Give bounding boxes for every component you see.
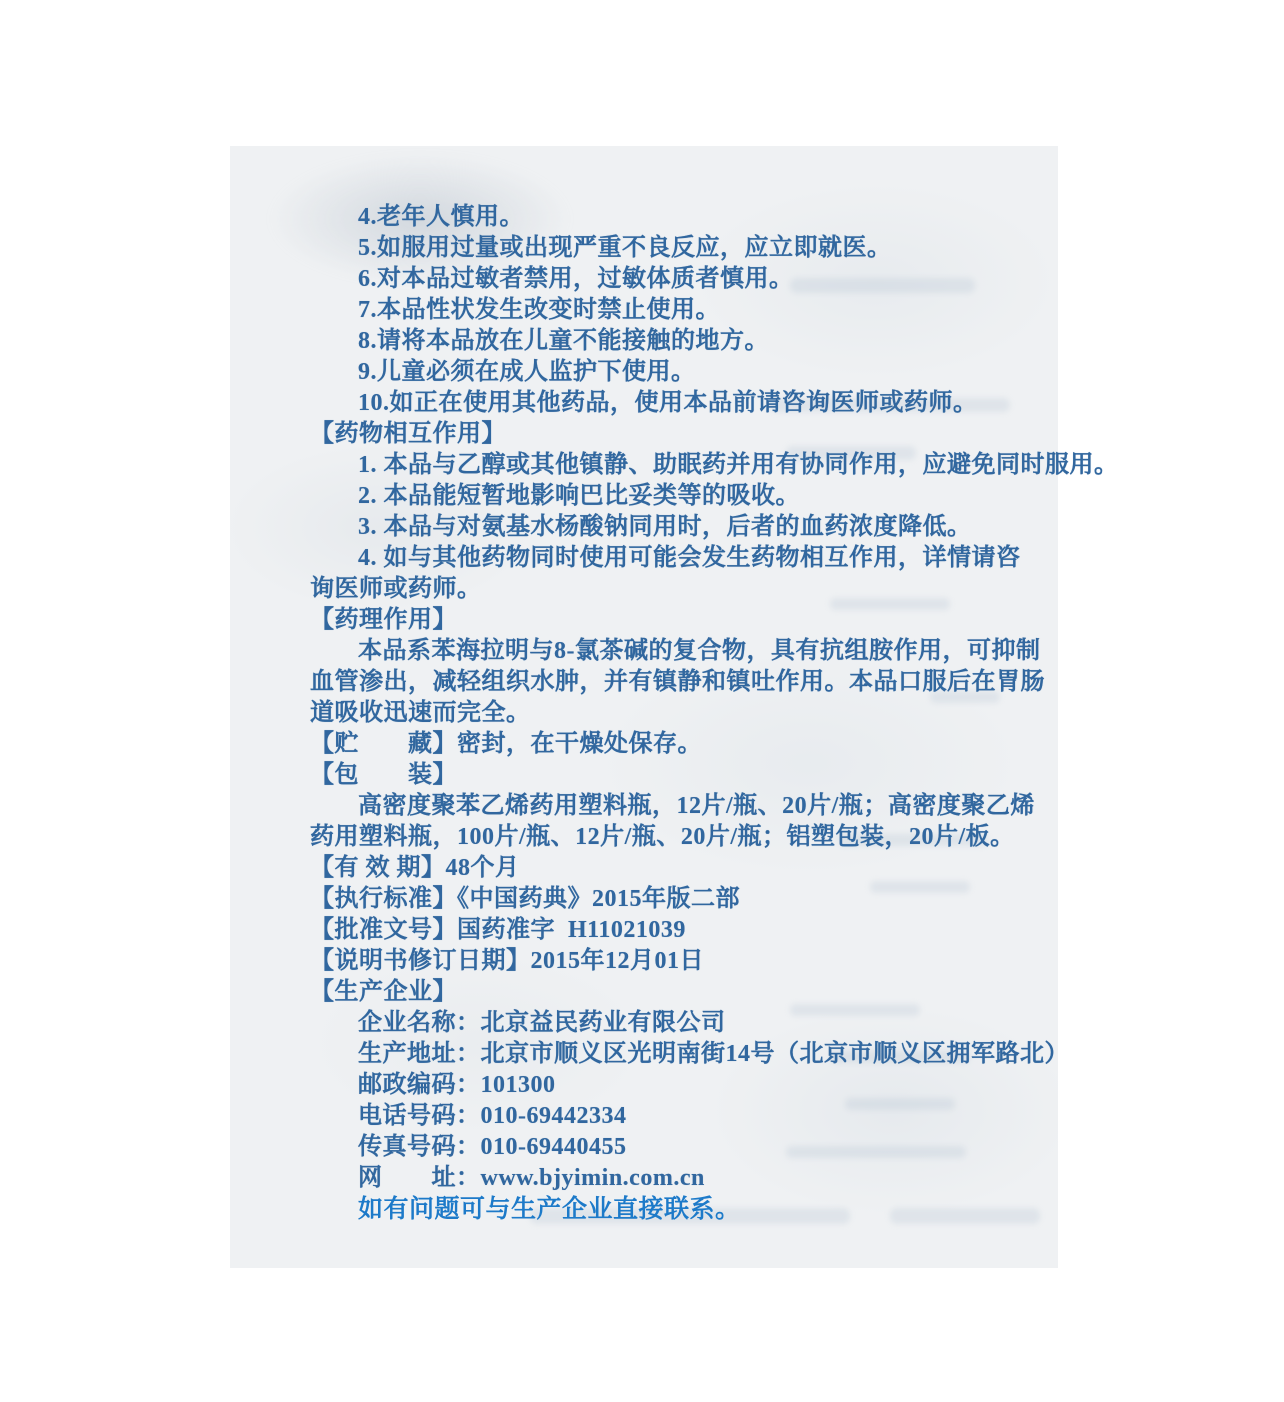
contact-note: 如有问题可与生产企业直接联系。 <box>310 1194 1050 1225</box>
manufacturer-heading: 【生产企业】 <box>310 977 1050 1008</box>
packaging-text: 高密度聚苯乙烯药用塑料瓶，12片/瓶、20片/瓶；高密度聚乙烯 <box>310 791 1050 822</box>
drug-interaction-item: 4. 如与其他药物同时使用可能会发生药物相互作用，详情请咨 <box>310 543 1050 574</box>
revision-date-line: 【说明书修订日期】2015年12月01日 <box>310 946 1050 977</box>
precaution-item: 10.如正在使用其他药品，使用本品前请咨询医师或药师。 <box>310 388 1050 419</box>
manufacturer-info-row: 传真号码：010-69440455 <box>310 1132 1050 1163</box>
precaution-item: 7.本品性状发生改变时禁止使用。 <box>310 295 1050 326</box>
manufacturer-website-row: 网 址：www.bjyimin.com.cn <box>310 1163 1050 1194</box>
drug-interaction-item-wrap: 询医师或药师。 <box>310 574 1050 605</box>
precaution-item: 9.儿童必须在成人监护下使用。 <box>310 357 1050 388</box>
leaflet-paper: 4.老年人慎用。 5.如服用过量或出现严重不良反应，应立即就医。 6.对本品过敏… <box>230 146 1058 1268</box>
precaution-item: 6.对本品过敏者禁用，过敏体质者慎用。 <box>310 264 1050 295</box>
manufacturer-info-row: 生产地址：北京市顺义区光明南街14号（北京市顺义区拥军路北） <box>310 1039 1050 1070</box>
precaution-item: 4.老年人慎用。 <box>310 202 1050 233</box>
leaflet-text-column: 4.老年人慎用。 5.如服用过量或出现严重不良反应，应立即就医。 6.对本品过敏… <box>310 202 1050 1225</box>
drug-interactions-heading: 【药物相互作用】 <box>310 419 1050 450</box>
pharmacology-heading: 【药理作用】 <box>310 605 1050 636</box>
pharmacology-text: 道吸收迅速而完全。 <box>310 698 1050 729</box>
packaging-text: 药用塑料瓶，100片/瓶、12片/瓶、20片/瓶；铝塑包装，20片/板。 <box>310 822 1050 853</box>
drug-interaction-item: 2. 本品能短暂地影响巴比妥类等的吸收。 <box>310 481 1050 512</box>
manufacturer-info-row: 电话号码：010-69442334 <box>310 1101 1050 1132</box>
validity-line: 【有 效 期】48个月 <box>310 853 1050 884</box>
pharmacology-text: 血管渗出，减轻组织水肿，并有镇静和镇吐作用。本品口服后在胃肠 <box>310 667 1050 698</box>
pharmacology-text: 本品系苯海拉明与8-氯茶碱的复合物，具有抗组胺作用，可抑制 <box>310 636 1050 667</box>
packaging-heading: 【包 装】 <box>310 760 1050 791</box>
standard-line: 【执行标准】《中国药典》2015年版二部 <box>310 884 1050 915</box>
precaution-item: 5.如服用过量或出现严重不良反应，应立即就医。 <box>310 233 1050 264</box>
storage-line: 【贮 藏】密封，在干燥处保存。 <box>310 729 1050 760</box>
manufacturer-info-row: 邮政编码：101300 <box>310 1070 1050 1101</box>
approval-number-line: 【批准文号】国药准字 H11021039 <box>310 915 1050 946</box>
manufacturer-info-row: 企业名称：北京益民药业有限公司 <box>310 1008 1050 1039</box>
drug-interaction-item: 1. 本品与乙醇或其他镇静、助眠药并用有协同作用，应避免同时服用。 <box>310 450 1050 481</box>
precaution-item: 8.请将本品放在儿童不能接触的地方。 <box>310 326 1050 357</box>
drug-interaction-item: 3. 本品与对氨基水杨酸钠同用时，后者的血药浓度降低。 <box>310 512 1050 543</box>
